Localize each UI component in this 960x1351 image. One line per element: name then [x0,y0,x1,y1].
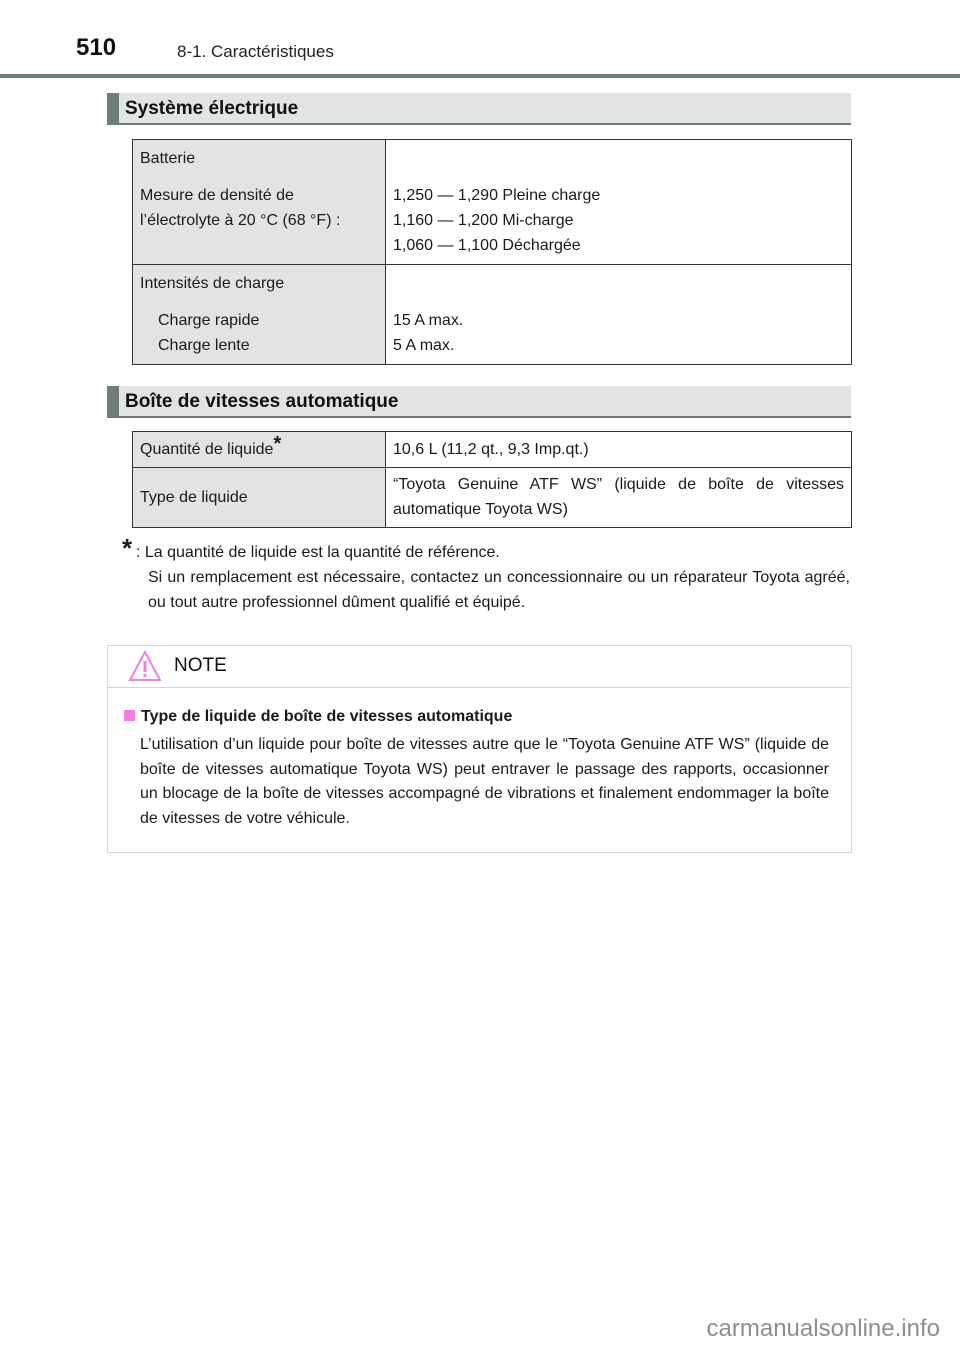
label-cell: Intensités de charge Charge rapide Charg… [133,265,386,365]
value-line: 5 A max. [393,333,844,358]
watermark: carmanualsonline.info [707,1315,940,1343]
page-number: 510 [76,34,116,62]
spacer [393,296,844,308]
section-title: Système électrique [125,98,298,120]
footnote-marker: * [122,536,132,561]
label-cell: Quantité de liquide* [133,432,386,468]
note-subtitle: Type de liquide de boîte de vitesses aut… [124,704,829,729]
table-row: Intensités de charge Charge rapide Charg… [133,265,852,365]
section-title: Boîte de vitesses automatique [125,391,398,413]
spacer [393,271,844,296]
label-line: Mesure de densité de [140,183,378,208]
warning-triangle-icon [128,650,162,682]
section-heading-transmission: Boîte de vitesses automatique [107,386,851,418]
value-line: 1,160 — 1,200 Mi-charge [393,208,844,233]
footnote-line: Si un remplacement est nécessaire, conta… [128,565,850,615]
label-line: l’électrolyte à 20 °C (68 °F) : [140,208,378,233]
chapter-title: 8-1. Caractéristiques [177,42,334,62]
footnote: * : La quantité de liquide est la quanti… [128,540,850,615]
label-cell: Type de liquide [133,468,386,528]
value-cell: 15 A max. 5 A max. [386,265,852,365]
value-cell: “Toyota Genuine ATF WS” (liquide de boît… [386,468,852,528]
transmission-spec-table: Quantité de liquide* 10,6 L (11,2 qt., 9… [132,431,852,528]
spacer [140,171,378,183]
footnote-line: : La quantité de liquide est la quantité… [128,540,850,565]
table-row: Batterie Mesure de densité de l’électrol… [133,140,852,265]
note-box: NOTE Type de liquide de boîte de vitesse… [107,645,852,853]
spacer [393,146,844,171]
square-bullet-icon [124,710,135,721]
note-text: L’utilisation d’un liquide pour boîte de… [124,733,829,831]
page-header: 510 8-1. Caractéristiques [0,0,960,80]
label-text: Quantité de liquide [140,441,273,458]
label-heading: Batterie [140,146,378,171]
label-line: Charge rapide [140,308,378,333]
value-cell: 1,250 — 1,290 Pleine charge 1,160 — 1,20… [386,140,852,265]
electrical-spec-table: Batterie Mesure de densité de l’électrol… [132,139,852,365]
note-title: NOTE [174,655,227,677]
spacer [140,296,378,308]
note-body: Type de liquide de boîte de vitesses aut… [108,688,851,831]
note-header: NOTE [108,646,851,688]
value-cell: 10,6 L (11,2 qt., 9,3 Imp.qt.) [386,432,852,468]
label-cell: Batterie Mesure de densité de l’électrol… [133,140,386,265]
value-line: 1,060 — 1,100 Déchargée [393,233,844,258]
spacer [393,171,844,183]
label-line: Charge lente [140,333,378,358]
header-rule [0,74,960,78]
value-line: 15 A max. [393,308,844,333]
footnote-marker: * [273,433,281,455]
note-subtitle-text: Type de liquide de boîte de vitesses aut… [141,708,512,725]
table-row: Type de liquide “Toyota Genuine ATF WS” … [133,468,852,528]
value-line: 1,250 — 1,290 Pleine charge [393,183,844,208]
section-heading-electrical: Système électrique [107,93,851,125]
table-row: Quantité de liquide* 10,6 L (11,2 qt., 9… [133,432,852,468]
label-heading: Intensités de charge [140,271,378,296]
